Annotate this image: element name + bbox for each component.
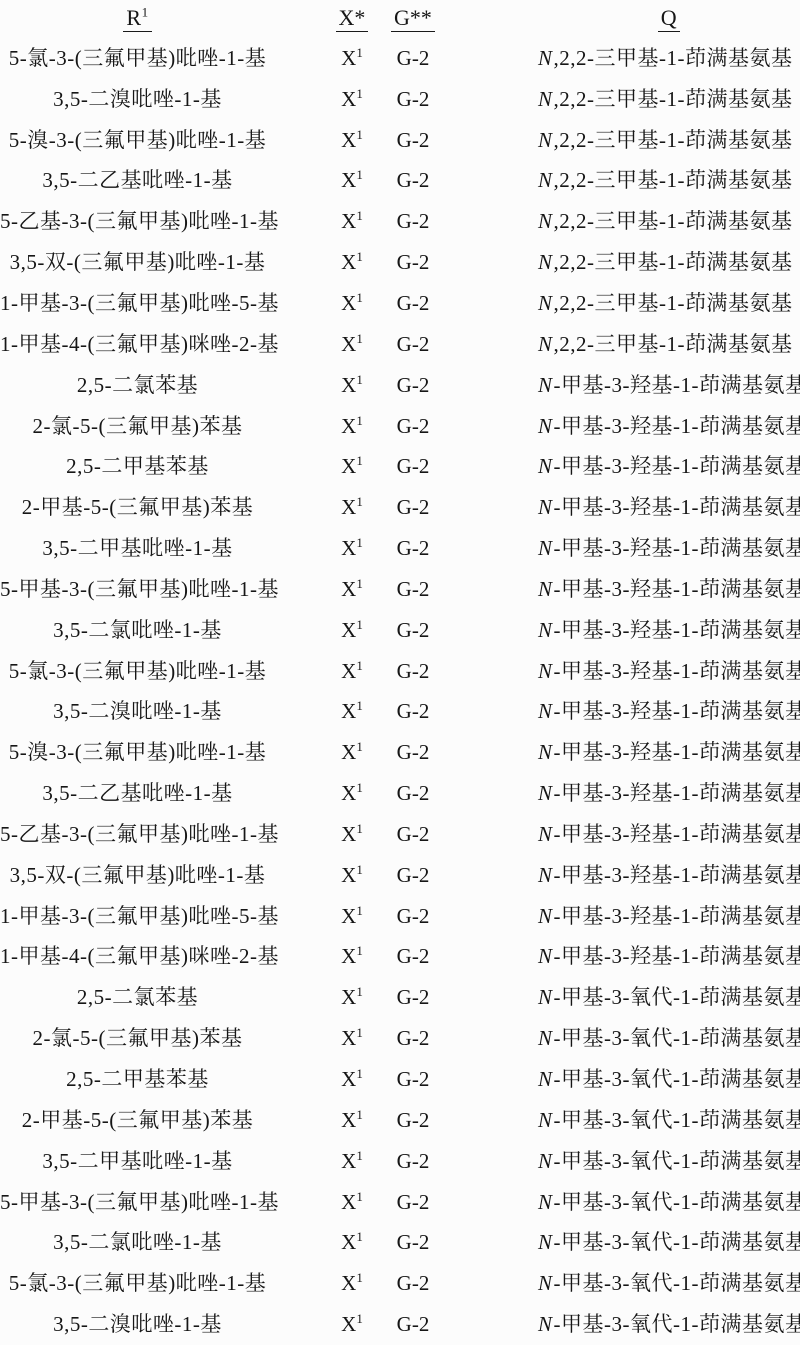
g-value: G-2 bbox=[384, 252, 442, 273]
q-italic-n: N bbox=[538, 332, 554, 356]
g-value: G-2 bbox=[384, 375, 442, 396]
q-italic-n: N bbox=[538, 414, 554, 438]
header-r1-label: R1 bbox=[123, 7, 151, 32]
r1-value: 2,5-二甲基苯基 bbox=[0, 1069, 275, 1090]
q-value: N,2,2-三甲基-1-茚满基氨基 bbox=[442, 293, 800, 314]
x-value: X1 bbox=[320, 416, 384, 437]
table-row: 2-甲基-5-(三氟甲基)苯基 X1 G-2 N-甲基-3-羟基-1-茚满基氨基 bbox=[0, 487, 800, 528]
q-value: N,2,2-三甲基-1-茚满基氨基 bbox=[442, 334, 800, 355]
g-value: G-2 bbox=[384, 742, 442, 763]
q-italic-n: N bbox=[538, 577, 554, 601]
r1-value: 5-乙基-3-(三氟甲基)吡唑-1-基 bbox=[0, 211, 275, 232]
q-italic-n: N bbox=[538, 985, 554, 1009]
q-value: N-甲基-3-氧代-1-茚满基氨基 bbox=[442, 1314, 800, 1335]
table-row: 2,5-二甲基苯基 X1 G-2 N-甲基-3-氧代-1-茚满基氨基 bbox=[0, 1059, 800, 1100]
q-value: N-甲基-3-氧代-1-茚满基氨基 bbox=[442, 1028, 800, 1049]
q-italic-n: N bbox=[538, 659, 554, 683]
q-italic-n: N bbox=[538, 250, 554, 274]
r1-value: 3,5-二溴吡唑-1-基 bbox=[0, 1314, 275, 1335]
x-value: X1 bbox=[320, 334, 384, 355]
x-value: X1 bbox=[320, 170, 384, 191]
q-value: N,2,2-三甲基-1-茚满基氨基 bbox=[442, 170, 800, 191]
g-value: G-2 bbox=[384, 538, 442, 559]
r1-value: 3,5-双-(三氟甲基)吡唑-1-基 bbox=[0, 252, 275, 273]
q-italic-n: N bbox=[538, 495, 554, 519]
table-row: 3,5-二氯吡唑-1-基 X1 G-2 N-甲基-3-羟基-1-茚满基氨基 bbox=[0, 610, 800, 651]
q-value: N-甲基-3-羟基-1-茚满基氨基 bbox=[442, 946, 800, 967]
g-value: G-2 bbox=[384, 1232, 442, 1253]
table-row: 2-氯-5-(三氟甲基)苯基 X1 G-2 N-甲基-3-羟基-1-茚满基氨基 bbox=[0, 406, 800, 447]
table-row: 5-溴-3-(三氟甲基)吡唑-1-基 X1 G-2 N-甲基-3-羟基-1-茚满… bbox=[0, 732, 800, 773]
g-value: G-2 bbox=[384, 89, 442, 110]
r1-value: 3,5-二溴吡唑-1-基 bbox=[0, 89, 275, 110]
q-italic-n: N bbox=[538, 944, 554, 968]
g-value: G-2 bbox=[384, 1151, 442, 1172]
q-italic-n: N bbox=[538, 1067, 554, 1091]
q-italic-n: N bbox=[538, 1312, 554, 1336]
q-italic-n: N bbox=[538, 618, 554, 642]
q-italic-n: N bbox=[538, 209, 554, 233]
r1-value: 2,5-二氯苯基 bbox=[0, 987, 275, 1008]
x-value: X1 bbox=[320, 456, 384, 477]
r1-value: 1-甲基-3-(三氟甲基)吡唑-5-基 bbox=[0, 293, 275, 314]
q-italic-n: N bbox=[538, 904, 554, 928]
table-row: 3,5-二甲基吡唑-1-基 X1 G-2 N-甲基-3-羟基-1-茚满基氨基 bbox=[0, 528, 800, 569]
table-row: 1-甲基-3-(三氟甲基)吡唑-5-基 X1 G-2 N,2,2-三甲基-1-茚… bbox=[0, 283, 800, 324]
g-value: G-2 bbox=[384, 946, 442, 967]
x-value: X1 bbox=[320, 1069, 384, 1090]
table-row: 3,5-二溴吡唑-1-基 X1 G-2 N-甲基-3-氧代-1-茚满基氨基 bbox=[0, 1304, 800, 1345]
r1-value: 2-氯-5-(三氟甲基)苯基 bbox=[0, 1028, 275, 1049]
table-row: 3,5-双-(三氟甲基)吡唑-1-基 X1 G-2 N-甲基-3-羟基-1-茚满… bbox=[0, 855, 800, 896]
g-value: G-2 bbox=[384, 1314, 442, 1335]
g-value: G-2 bbox=[384, 1069, 442, 1090]
table-row: 2-甲基-5-(三氟甲基)苯基 X1 G-2 N-甲基-3-氧代-1-茚满基氨基 bbox=[0, 1100, 800, 1141]
x-value: X1 bbox=[320, 783, 384, 804]
r1-value: 5-甲基-3-(三氟甲基)吡唑-1-基 bbox=[0, 1192, 275, 1213]
g-value: G-2 bbox=[384, 416, 442, 437]
table-row: 3,5-二溴吡唑-1-基 X1 G-2 N-甲基-3-羟基-1-茚满基氨基 bbox=[0, 692, 800, 733]
header-x-label: X* bbox=[336, 7, 369, 32]
table-row: 3,5-二乙基吡唑-1-基 X1 G-2 N,2,2-三甲基-1-茚满基氨基 bbox=[0, 161, 800, 202]
x-value: X1 bbox=[320, 130, 384, 151]
q-italic-n: N bbox=[538, 373, 554, 397]
table-row: 3,5-二氯吡唑-1-基 X1 G-2 N-甲基-3-氧代-1-茚满基氨基 bbox=[0, 1222, 800, 1263]
table-row: 3,5-二甲基吡唑-1-基 X1 G-2 N-甲基-3-氧代-1-茚满基氨基 bbox=[0, 1141, 800, 1182]
r1-value: 5-乙基-3-(三氟甲基)吡唑-1-基 bbox=[0, 824, 275, 845]
q-value: N-甲基-3-氧代-1-茚满基氨基 bbox=[442, 1151, 800, 1172]
q-value: N-甲基-3-羟基-1-茚满基氨基 bbox=[442, 579, 800, 600]
g-value: G-2 bbox=[384, 906, 442, 927]
q-value: N,2,2-三甲基-1-茚满基氨基 bbox=[442, 130, 800, 151]
table-row: 1-甲基-3-(三氟甲基)吡唑-5-基 X1 G-2 N-甲基-3-羟基-1-茚… bbox=[0, 896, 800, 937]
q-value: N-甲基-3-羟基-1-茚满基氨基 bbox=[442, 701, 800, 722]
x-value: X1 bbox=[320, 252, 384, 273]
x-value: X1 bbox=[320, 497, 384, 518]
q-italic-n: N bbox=[538, 454, 554, 478]
q-value: N-甲基-3-羟基-1-茚满基氨基 bbox=[442, 456, 800, 477]
q-italic-n: N bbox=[538, 168, 554, 192]
q-value: N-甲基-3-羟基-1-茚满基氨基 bbox=[442, 783, 800, 804]
q-value: N-甲基-3-氧代-1-茚满基氨基 bbox=[442, 1232, 800, 1253]
g-value: G-2 bbox=[384, 701, 442, 722]
table-row: 2-氯-5-(三氟甲基)苯基 X1 G-2 N-甲基-3-氧代-1-茚满基氨基 bbox=[0, 1018, 800, 1059]
x-value: X1 bbox=[320, 620, 384, 641]
g-value: G-2 bbox=[384, 1028, 442, 1049]
x-value: X1 bbox=[320, 1192, 384, 1213]
g-value: G-2 bbox=[384, 1110, 442, 1131]
q-value: N-甲基-3-羟基-1-茚满基氨基 bbox=[442, 375, 800, 396]
header-x: X* bbox=[320, 7, 384, 32]
q-italic-n: N bbox=[538, 46, 554, 70]
x-value: X1 bbox=[320, 1232, 384, 1253]
r1-value: 5-氯-3-(三氟甲基)吡唑-1-基 bbox=[0, 1273, 275, 1294]
r1-value: 3,5-二氯吡唑-1-基 bbox=[0, 620, 275, 641]
table-row: 5-溴-3-(三氟甲基)吡唑-1-基 X1 G-2 N,2,2-三甲基-1-茚满… bbox=[0, 120, 800, 161]
table-row: 5-氯-3-(三氟甲基)吡唑-1-基 X1 G-2 N-甲基-3-氧代-1-茚满… bbox=[0, 1263, 800, 1304]
table-row: 1-甲基-4-(三氟甲基)咪唑-2-基 X1 G-2 N-甲基-3-羟基-1-茚… bbox=[0, 937, 800, 978]
r1-value: 2-氯-5-(三氟甲基)苯基 bbox=[0, 416, 275, 437]
q-italic-n: N bbox=[538, 740, 554, 764]
q-value: N-甲基-3-羟基-1-茚满基氨基 bbox=[442, 824, 800, 845]
x-value: X1 bbox=[320, 538, 384, 559]
q-value: N-甲基-3-羟基-1-茚满基氨基 bbox=[442, 742, 800, 763]
r1-value: 3,5-二甲基吡唑-1-基 bbox=[0, 1151, 275, 1172]
g-value: G-2 bbox=[384, 865, 442, 886]
g-value: G-2 bbox=[384, 211, 442, 232]
table-row: 5-氯-3-(三氟甲基)吡唑-1-基 X1 G-2 N-甲基-3-羟基-1-茚满… bbox=[0, 651, 800, 692]
g-value: G-2 bbox=[384, 497, 442, 518]
g-value: G-2 bbox=[384, 824, 442, 845]
q-value: N-甲基-3-羟基-1-茚满基氨基 bbox=[442, 416, 800, 437]
table-header-row: R1 X* G** Q bbox=[0, 0, 800, 38]
r1-value: 1-甲基-4-(三氟甲基)咪唑-2-基 bbox=[0, 946, 275, 967]
g-value: G-2 bbox=[384, 130, 442, 151]
q-value: N,2,2-三甲基-1-茚满基氨基 bbox=[442, 89, 800, 110]
table-body: 5-氯-3-(三氟甲基)吡唑-1-基 X1 G-2 N,2,2-三甲基-1-茚满… bbox=[0, 38, 800, 1345]
q-value: N,2,2-三甲基-1-茚满基氨基 bbox=[442, 211, 800, 232]
q-italic-n: N bbox=[538, 699, 554, 723]
q-value: N-甲基-3-氧代-1-茚满基氨基 bbox=[442, 1110, 800, 1131]
x-value: X1 bbox=[320, 661, 384, 682]
r1-value: 5-甲基-3-(三氟甲基)吡唑-1-基 bbox=[0, 579, 275, 600]
table-row: 3,5-二乙基吡唑-1-基 X1 G-2 N-甲基-3-羟基-1-茚满基氨基 bbox=[0, 773, 800, 814]
x-value: X1 bbox=[320, 742, 384, 763]
q-italic-n: N bbox=[538, 822, 554, 846]
r1-value: 3,5-二乙基吡唑-1-基 bbox=[0, 783, 275, 804]
g-value: G-2 bbox=[384, 661, 442, 682]
x-value: X1 bbox=[320, 89, 384, 110]
x-value: X1 bbox=[320, 946, 384, 967]
x-value: X1 bbox=[320, 579, 384, 600]
x-value: X1 bbox=[320, 1151, 384, 1172]
q-value: N,2,2-三甲基-1-茚满基氨基 bbox=[442, 252, 800, 273]
table-row: 5-氯-3-(三氟甲基)吡唑-1-基 X1 G-2 N,2,2-三甲基-1-茚满… bbox=[0, 38, 800, 79]
q-value: N-甲基-3-氧代-1-茚满基氨基 bbox=[442, 1069, 800, 1090]
r1-value: 5-氯-3-(三氟甲基)吡唑-1-基 bbox=[0, 48, 275, 69]
q-value: N-甲基-3-羟基-1-茚满基氨基 bbox=[442, 538, 800, 559]
r1-value: 2-甲基-5-(三氟甲基)苯基 bbox=[0, 1110, 275, 1131]
q-value: N-甲基-3-氧代-1-茚满基氨基 bbox=[442, 1273, 800, 1294]
x-value: X1 bbox=[320, 1110, 384, 1131]
r1-value: 2,5-二甲基苯基 bbox=[0, 456, 275, 477]
r1-value: 5-溴-3-(三氟甲基)吡唑-1-基 bbox=[0, 130, 275, 151]
q-italic-n: N bbox=[538, 128, 554, 152]
x-value: X1 bbox=[320, 1314, 384, 1335]
g-value: G-2 bbox=[384, 1273, 442, 1294]
table-row: 3,5-双-(三氟甲基)吡唑-1-基 X1 G-2 N,2,2-三甲基-1-茚满… bbox=[0, 242, 800, 283]
g-value: G-2 bbox=[384, 456, 442, 477]
r1-value: 3,5-二氯吡唑-1-基 bbox=[0, 1232, 275, 1253]
q-value: N,2,2-三甲基-1-茚满基氨基 bbox=[442, 48, 800, 69]
table-row: 1-甲基-4-(三氟甲基)咪唑-2-基 X1 G-2 N,2,2-三甲基-1-茚… bbox=[0, 324, 800, 365]
r1-value: 3,5-二乙基吡唑-1-基 bbox=[0, 170, 275, 191]
q-value: N-甲基-3-羟基-1-茚满基氨基 bbox=[442, 906, 800, 927]
q-italic-n: N bbox=[538, 1190, 554, 1214]
q-value: N-甲基-3-羟基-1-茚满基氨基 bbox=[442, 865, 800, 886]
q-value: N-甲基-3-羟基-1-茚满基氨基 bbox=[442, 620, 800, 641]
table-row: 2,5-二甲基苯基 X1 G-2 N-甲基-3-羟基-1-茚满基氨基 bbox=[0, 446, 800, 487]
x-value: X1 bbox=[320, 701, 384, 722]
q-italic-n: N bbox=[538, 781, 554, 805]
g-value: G-2 bbox=[384, 987, 442, 1008]
x-value: X1 bbox=[320, 906, 384, 927]
x-value: X1 bbox=[320, 865, 384, 886]
g-value: G-2 bbox=[384, 1192, 442, 1213]
q-italic-n: N bbox=[538, 863, 554, 887]
q-italic-n: N bbox=[538, 536, 554, 560]
patent-table-page: R1 X* G** Q 5-氯-3-(三氟甲基)吡唑-1-基 X1 G-2 N,… bbox=[0, 0, 800, 1345]
header-g-label: G** bbox=[391, 7, 435, 32]
g-value: G-2 bbox=[384, 579, 442, 600]
q-italic-n: N bbox=[538, 1026, 554, 1050]
q-italic-n: N bbox=[538, 1149, 554, 1173]
q-value: N-甲基-3-羟基-1-茚满基氨基 bbox=[442, 661, 800, 682]
x-value: X1 bbox=[320, 375, 384, 396]
r1-value: 3,5-双-(三氟甲基)吡唑-1-基 bbox=[0, 865, 275, 886]
header-q-label: Q bbox=[658, 7, 680, 32]
g-value: G-2 bbox=[384, 783, 442, 804]
table-row: 2,5-二氯苯基 X1 G-2 N-甲基-3-羟基-1-茚满基氨基 bbox=[0, 365, 800, 406]
q-value: N-甲基-3-羟基-1-茚满基氨基 bbox=[442, 497, 800, 518]
g-value: G-2 bbox=[384, 48, 442, 69]
r1-value: 1-甲基-3-(三氟甲基)吡唑-5-基 bbox=[0, 906, 275, 927]
table-row: 5-乙基-3-(三氟甲基)吡唑-1-基 X1 G-2 N-甲基-3-羟基-1-茚… bbox=[0, 814, 800, 855]
q-italic-n: N bbox=[538, 1108, 554, 1132]
g-value: G-2 bbox=[384, 620, 442, 641]
q-value: N-甲基-3-氧代-1-茚满基氨基 bbox=[442, 987, 800, 1008]
x-value: X1 bbox=[320, 987, 384, 1008]
header-q: Q bbox=[442, 7, 800, 32]
q-italic-n: N bbox=[538, 1271, 554, 1295]
r1-value: 2-甲基-5-(三氟甲基)苯基 bbox=[0, 497, 275, 518]
r1-value: 5-氯-3-(三氟甲基)吡唑-1-基 bbox=[0, 661, 275, 682]
x-value: X1 bbox=[320, 1273, 384, 1294]
q-italic-n: N bbox=[538, 1230, 554, 1254]
header-g: G** bbox=[384, 7, 442, 32]
g-value: G-2 bbox=[384, 170, 442, 191]
x-value: X1 bbox=[320, 211, 384, 232]
table-row: 5-甲基-3-(三氟甲基)吡唑-1-基 X1 G-2 N-甲基-3-氧代-1-茚… bbox=[0, 1182, 800, 1223]
r1-value: 2,5-二氯苯基 bbox=[0, 375, 275, 396]
r1-value: 1-甲基-4-(三氟甲基)咪唑-2-基 bbox=[0, 334, 275, 355]
q-value: N-甲基-3-氧代-1-茚满基氨基 bbox=[442, 1192, 800, 1213]
q-italic-n: N bbox=[538, 87, 554, 111]
r1-value: 5-溴-3-(三氟甲基)吡唑-1-基 bbox=[0, 742, 275, 763]
x-value: X1 bbox=[320, 824, 384, 845]
g-value: G-2 bbox=[384, 293, 442, 314]
table-row: 5-乙基-3-(三氟甲基)吡唑-1-基 X1 G-2 N,2,2-三甲基-1-茚… bbox=[0, 201, 800, 242]
x-value: X1 bbox=[320, 293, 384, 314]
table-row: 5-甲基-3-(三氟甲基)吡唑-1-基 X1 G-2 N-甲基-3-羟基-1-茚… bbox=[0, 569, 800, 610]
q-italic-n: N bbox=[538, 291, 554, 315]
x-value: X1 bbox=[320, 48, 384, 69]
r1-value: 3,5-二甲基吡唑-1-基 bbox=[0, 538, 275, 559]
header-r1: R1 bbox=[0, 7, 275, 32]
x-value: X1 bbox=[320, 1028, 384, 1049]
g-value: G-2 bbox=[384, 334, 442, 355]
table-row: 2,5-二氯苯基 X1 G-2 N-甲基-3-氧代-1-茚满基氨基 bbox=[0, 977, 800, 1018]
r1-value: 3,5-二溴吡唑-1-基 bbox=[0, 701, 275, 722]
table-row: 3,5-二溴吡唑-1-基 X1 G-2 N,2,2-三甲基-1-茚满基氨基 bbox=[0, 79, 800, 120]
